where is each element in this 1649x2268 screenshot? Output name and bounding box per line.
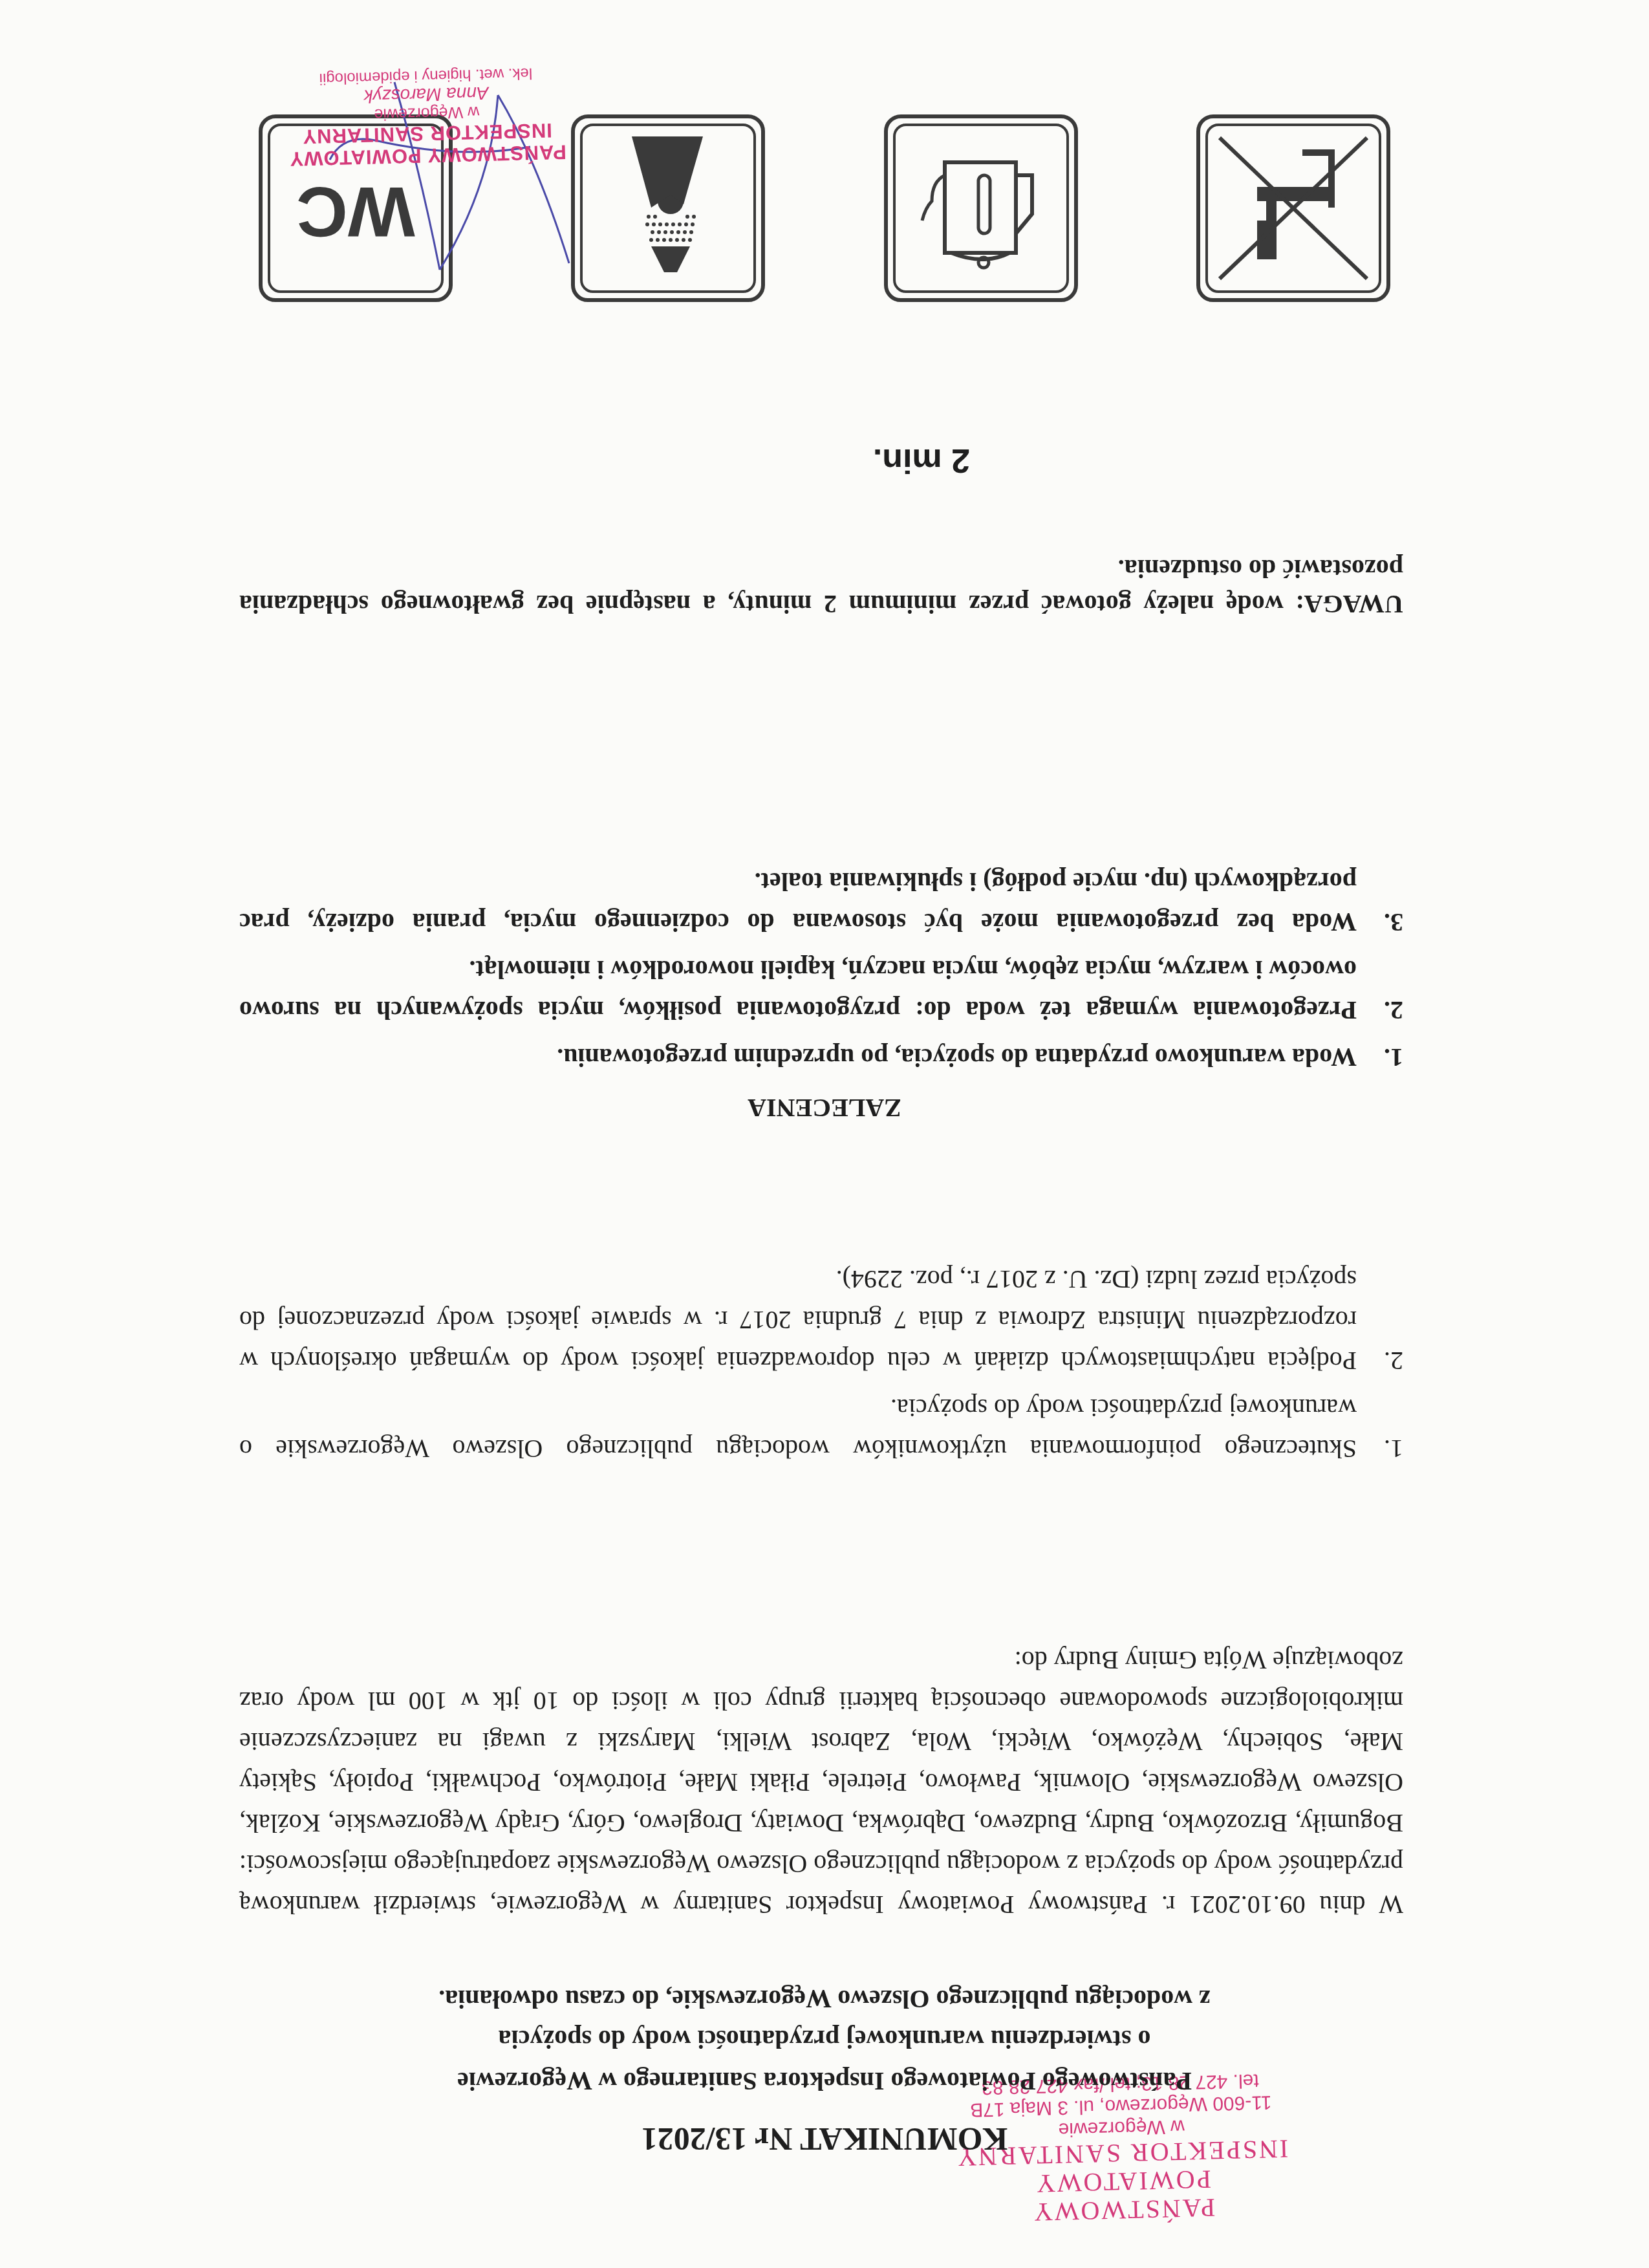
body-text: W dniu 09.10.2021 r. Państwowy Powiatowy…	[239, 1646, 1403, 1919]
list-item: 2. Podjęcia natychmiastowych działań w c…	[239, 1259, 1403, 1381]
body-paragraph: W dniu 09.10.2021 r. Państwowy Powiatowy…	[239, 1640, 1403, 1925]
shower-icon	[571, 114, 765, 302]
item-number: 2.	[1357, 1259, 1403, 1381]
item-number: 1.	[1357, 1388, 1403, 1469]
item-number: 2.	[1357, 949, 1403, 1031]
document-page: PAŃSTWOWY POWIATOWY INSPEKTOR SANITARNY …	[0, 0, 1649, 2268]
recommendations-list: 1. Woda warunkowo przydatna do spożycia,…	[239, 855, 1403, 1078]
list-item: 3. Woda bez przegotowania może być stoso…	[239, 861, 1403, 943]
item-text: Podjęcia natychmiastowych działań w celu…	[239, 1259, 1357, 1381]
item-text: Przegotowania wymaga też woda do: przygo…	[239, 949, 1357, 1031]
kettle-icon	[884, 114, 1078, 302]
item-number: 3.	[1357, 861, 1403, 943]
document-subtitle: z wodociągu publicznego Olszewo Węgorzew…	[0, 1984, 1649, 2014]
item-text: Woda bez przegotowania może być stosowan…	[239, 861, 1357, 943]
item-number: 1.	[1357, 1037, 1403, 1078]
stamp-line: PAŃSTWOWY POWIATOWY	[954, 2163, 1292, 2229]
recommendations-heading: ZALECENIA	[0, 1093, 1649, 1123]
obligations-list: 1. Skutecznego poinformowania użytkownik…	[239, 1253, 1403, 1469]
document-subtitle: o stwierdzeniu warunkowej przydatności w…	[0, 2024, 1649, 2055]
item-text: Skutecznego poinformowania użytkowników …	[239, 1388, 1357, 1469]
document-title: KOMUNIKAT Nr 13/2021	[0, 2121, 1649, 2158]
warning-note: UWAGA: wodę należy gotować przez minimum…	[239, 551, 1403, 622]
boil-time-label: 2 min.	[873, 441, 970, 480]
item-text: Woda warunkowo przydatna do spożycia, po…	[239, 1037, 1357, 1078]
inspector-stamp: PAŃSTWOWY POWIATOWY INSPEKTOR SANITARNY …	[277, 63, 577, 170]
list-item: 1. Woda warunkowo przydatna do spożycia,…	[239, 1037, 1403, 1078]
no-drinking-tap-icon	[1196, 114, 1390, 302]
list-item: 1. Skutecznego poinformowania użytkownik…	[239, 1388, 1403, 1469]
list-item: 2. Przegotowania wymaga też woda do: prz…	[239, 949, 1403, 1031]
document-subtitle: Państwowego Powiatowego Inspektora Sanit…	[0, 2066, 1649, 2097]
